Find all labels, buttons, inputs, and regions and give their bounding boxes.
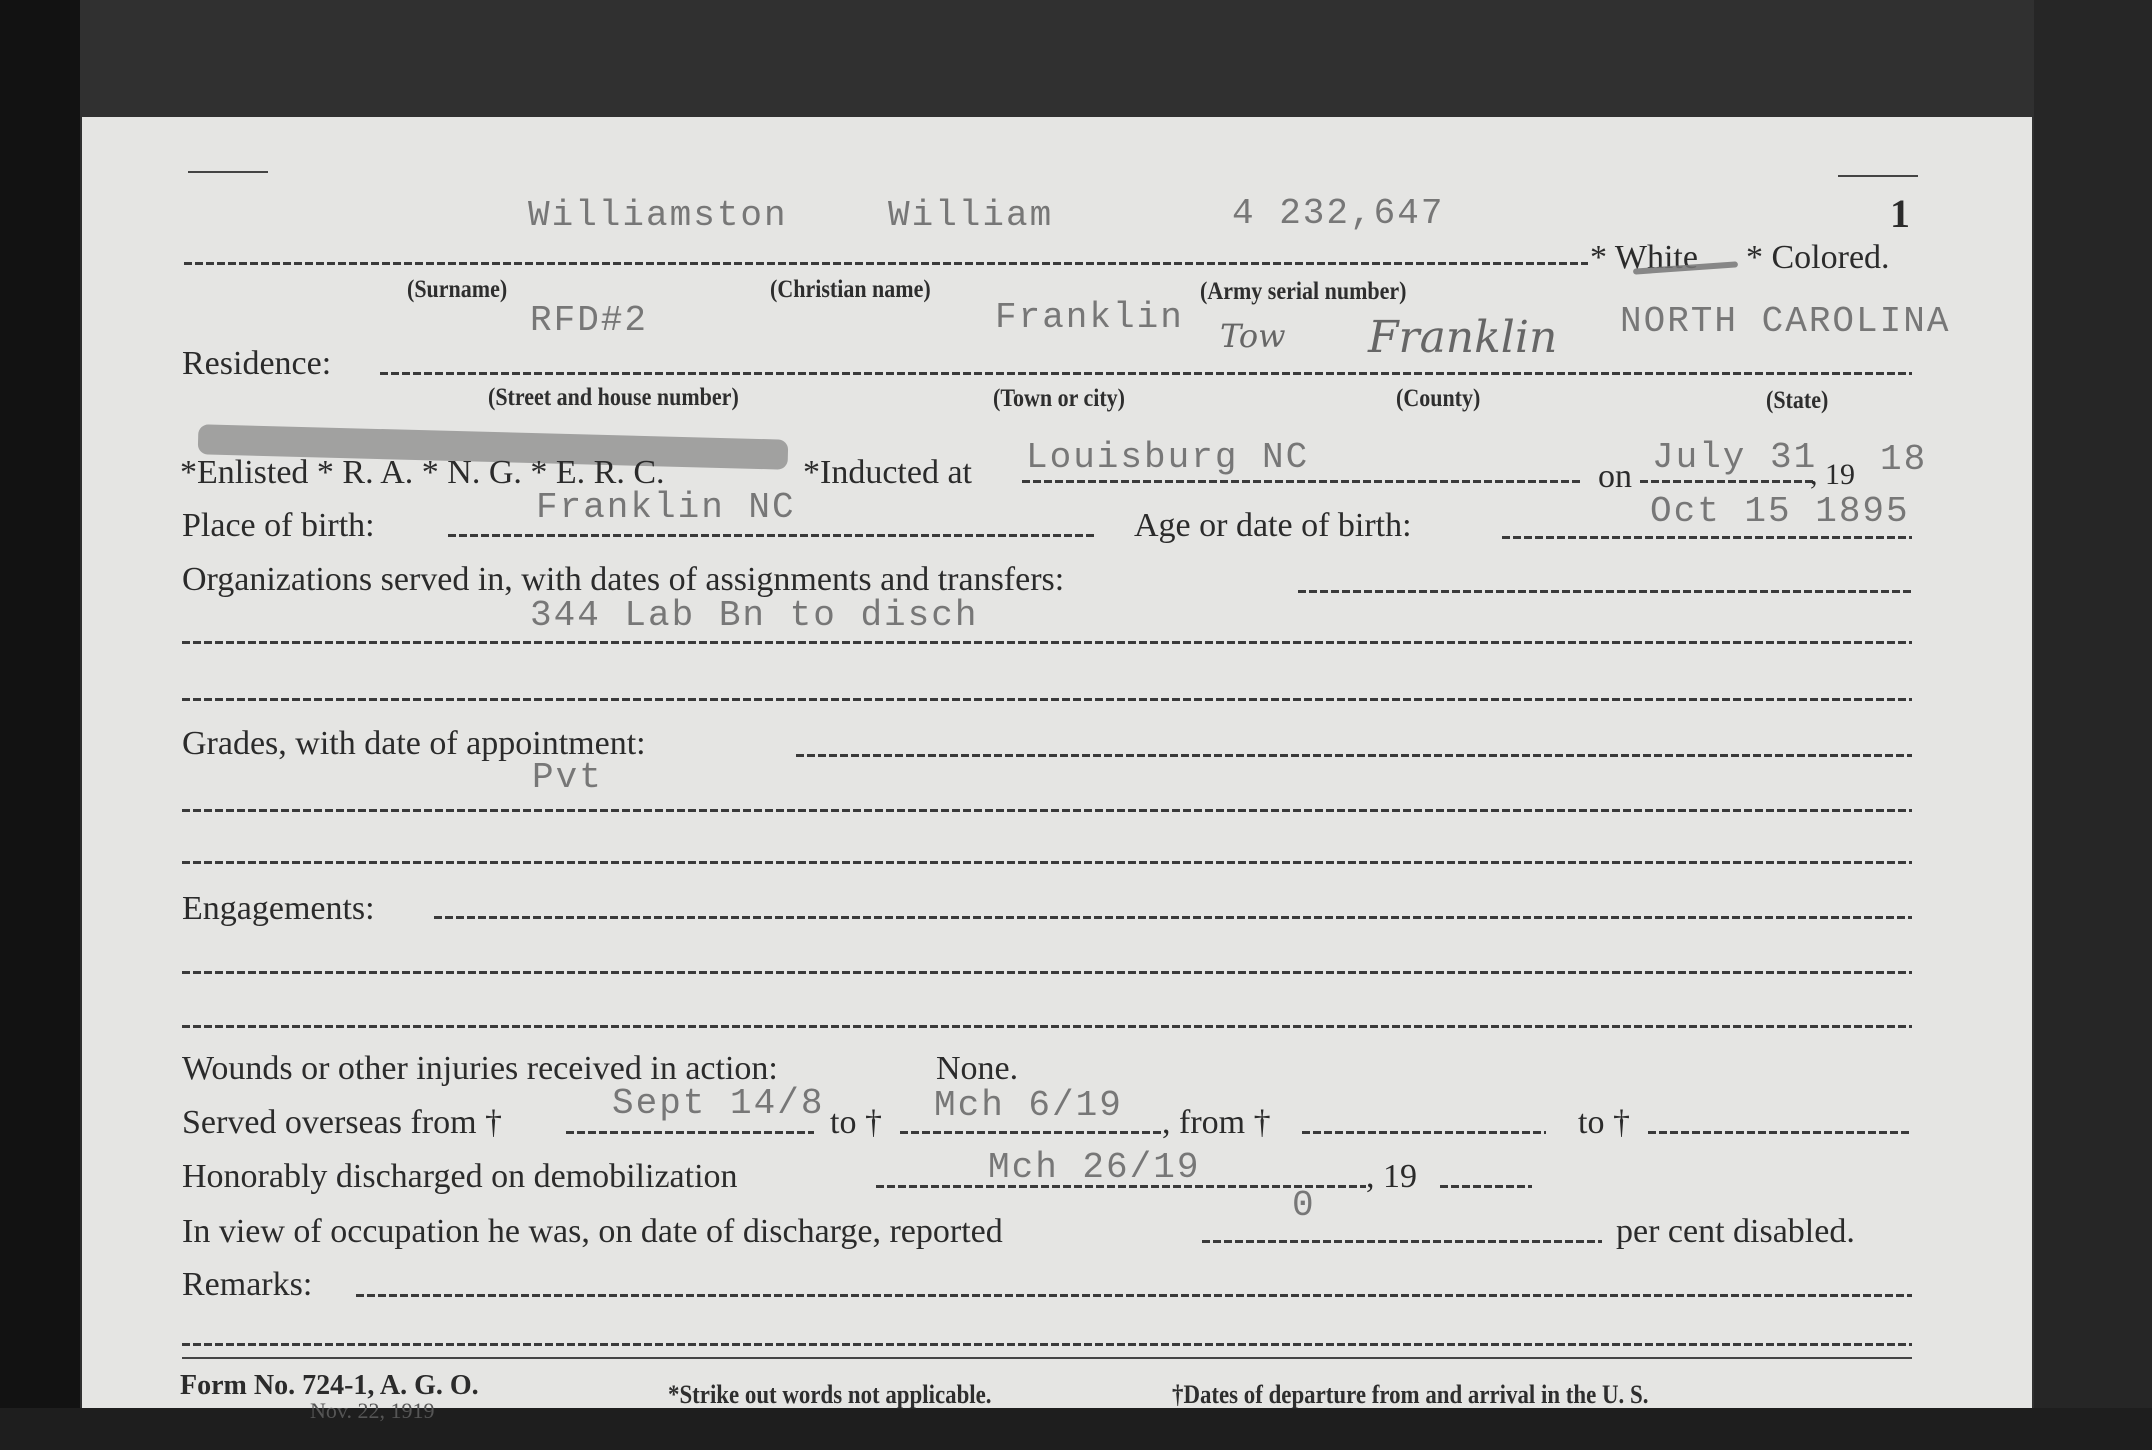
organizations-line-2 — [182, 641, 1912, 644]
overseas-to-value: Mch 6/19 — [934, 1088, 1123, 1124]
disability-value: 0 — [1292, 1188, 1316, 1224]
card-number: 1 — [1890, 194, 1910, 234]
overseas-to-label: to † — [830, 1106, 882, 1140]
remarks-line-2 — [182, 1343, 1912, 1346]
induction-year-value: 18 — [1880, 442, 1927, 478]
state-caption: (State) — [1766, 388, 1828, 413]
place-of-birth-value: Franklin NC — [536, 490, 796, 526]
discharge-year-line — [1440, 1185, 1532, 1188]
residence-street-value: RFD#2 — [530, 303, 648, 339]
scan-border-right — [2034, 0, 2152, 1450]
town-caption: (Town or city) — [993, 386, 1125, 411]
street-caption: (Street and house number) — [488, 385, 739, 410]
residence-state-value: NORTH CAROLINA — [1620, 304, 1950, 340]
residence-county-value: Franklin — [1368, 316, 1557, 360]
date-of-birth-value: Oct 15 1895 — [1650, 494, 1910, 530]
disability-line — [1202, 1240, 1602, 1243]
organizations-label: Organizations served in, with dates of a… — [182, 563, 1064, 597]
place-of-birth-label: Place of birth: — [182, 509, 375, 543]
grades-line-2 — [182, 809, 1912, 812]
top-left-rule — [188, 171, 268, 173]
overseas-from-line — [566, 1131, 814, 1134]
overseas-from2-line — [1302, 1131, 1546, 1134]
wounds-value: None. — [936, 1052, 1018, 1086]
residence-label: Residence: — [182, 347, 331, 381]
inducted-place-value: Louisburg NC — [1026, 440, 1309, 476]
form-date: Nov. 22, 1919 — [310, 1400, 434, 1422]
place-of-birth-line — [448, 534, 1094, 537]
county-caption: (County) — [1396, 386, 1480, 411]
induction-date-value: July 31 — [1652, 440, 1817, 476]
engagements-label: Engagements: — [182, 892, 375, 926]
surname-caption: (Surname) — [407, 277, 507, 302]
army-serial-number-caption: (Army serial number) — [1200, 279, 1407, 304]
scan-border-left — [0, 0, 80, 1450]
disability-suffix: per cent disabled. — [1616, 1215, 1855, 1249]
discharge-label: Honorably discharged on demobilization — [182, 1160, 738, 1194]
date-of-birth-line — [1502, 536, 1912, 539]
christian-name-value: William — [888, 198, 1053, 234]
note-strike-out: *Strike out words not applicable. — [668, 1382, 992, 1408]
engagements-line-2 — [182, 971, 1912, 974]
organizations-line-3 — [182, 698, 1912, 701]
grades-label: Grades, with date of appointment: — [182, 727, 646, 761]
grades-line-3 — [182, 861, 1912, 864]
discharge-date-value: Mch 26/19 — [988, 1150, 1200, 1186]
inducted-line — [1022, 480, 1582, 483]
race-colored: * Colored. — [1746, 241, 1890, 275]
overseas-to2-label: to † — [1578, 1106, 1630, 1140]
discharge-year-label: , 19 — [1366, 1160, 1417, 1194]
residence-line — [380, 372, 1912, 375]
induction-date-line — [1640, 480, 1816, 483]
enlistment-options-struck: *Enlisted * R. A. * N. G. * E. R. C. — [180, 456, 665, 490]
engagements-line-1 — [434, 916, 1912, 919]
note-dates: †Dates of departure from and arrival in … — [1172, 1382, 1648, 1408]
inducted-label: *Inducted at — [803, 456, 972, 490]
overseas-from2-label: , from † — [1162, 1106, 1271, 1140]
remarks-label: Remarks: — [182, 1268, 312, 1302]
form-number: Form No. 724-1, A. G. O. — [180, 1372, 479, 1400]
top-right-rule — [1838, 175, 1918, 177]
engagements-line-3 — [182, 1025, 1912, 1028]
residence-town-handwritten: Tow — [1220, 320, 1286, 352]
disability-label: In view of occupation he was, on date of… — [182, 1215, 1003, 1249]
army-serial-number-value: 4 232,647 — [1232, 196, 1444, 232]
overseas-from-label: Served overseas from † — [182, 1106, 502, 1140]
on-label: on — [1598, 460, 1632, 494]
remarks-line-1 — [356, 1294, 1912, 1297]
name-line — [184, 262, 1588, 265]
organizations-value: 344 Lab Bn to disch — [530, 598, 978, 634]
year-prefix: , 19 — [1810, 460, 1855, 490]
organizations-line-1 — [1298, 590, 1912, 593]
wounds-label: Wounds or other injuries received in act… — [182, 1052, 778, 1086]
footer-rule — [182, 1357, 1912, 1359]
grades-value: Pvt — [532, 760, 603, 796]
christian-name-caption: (Christian name) — [770, 277, 931, 302]
grades-line-1 — [796, 754, 1912, 757]
overseas-from-value: Sept 14/8 — [612, 1086, 824, 1122]
age-label: Age or date of birth: — [1134, 509, 1412, 543]
surname-value: Williamston — [528, 198, 788, 234]
overseas-to2-line — [1648, 1131, 1912, 1134]
overseas-to-line — [900, 1131, 1162, 1134]
residence-town-value: Franklin — [995, 300, 1184, 336]
